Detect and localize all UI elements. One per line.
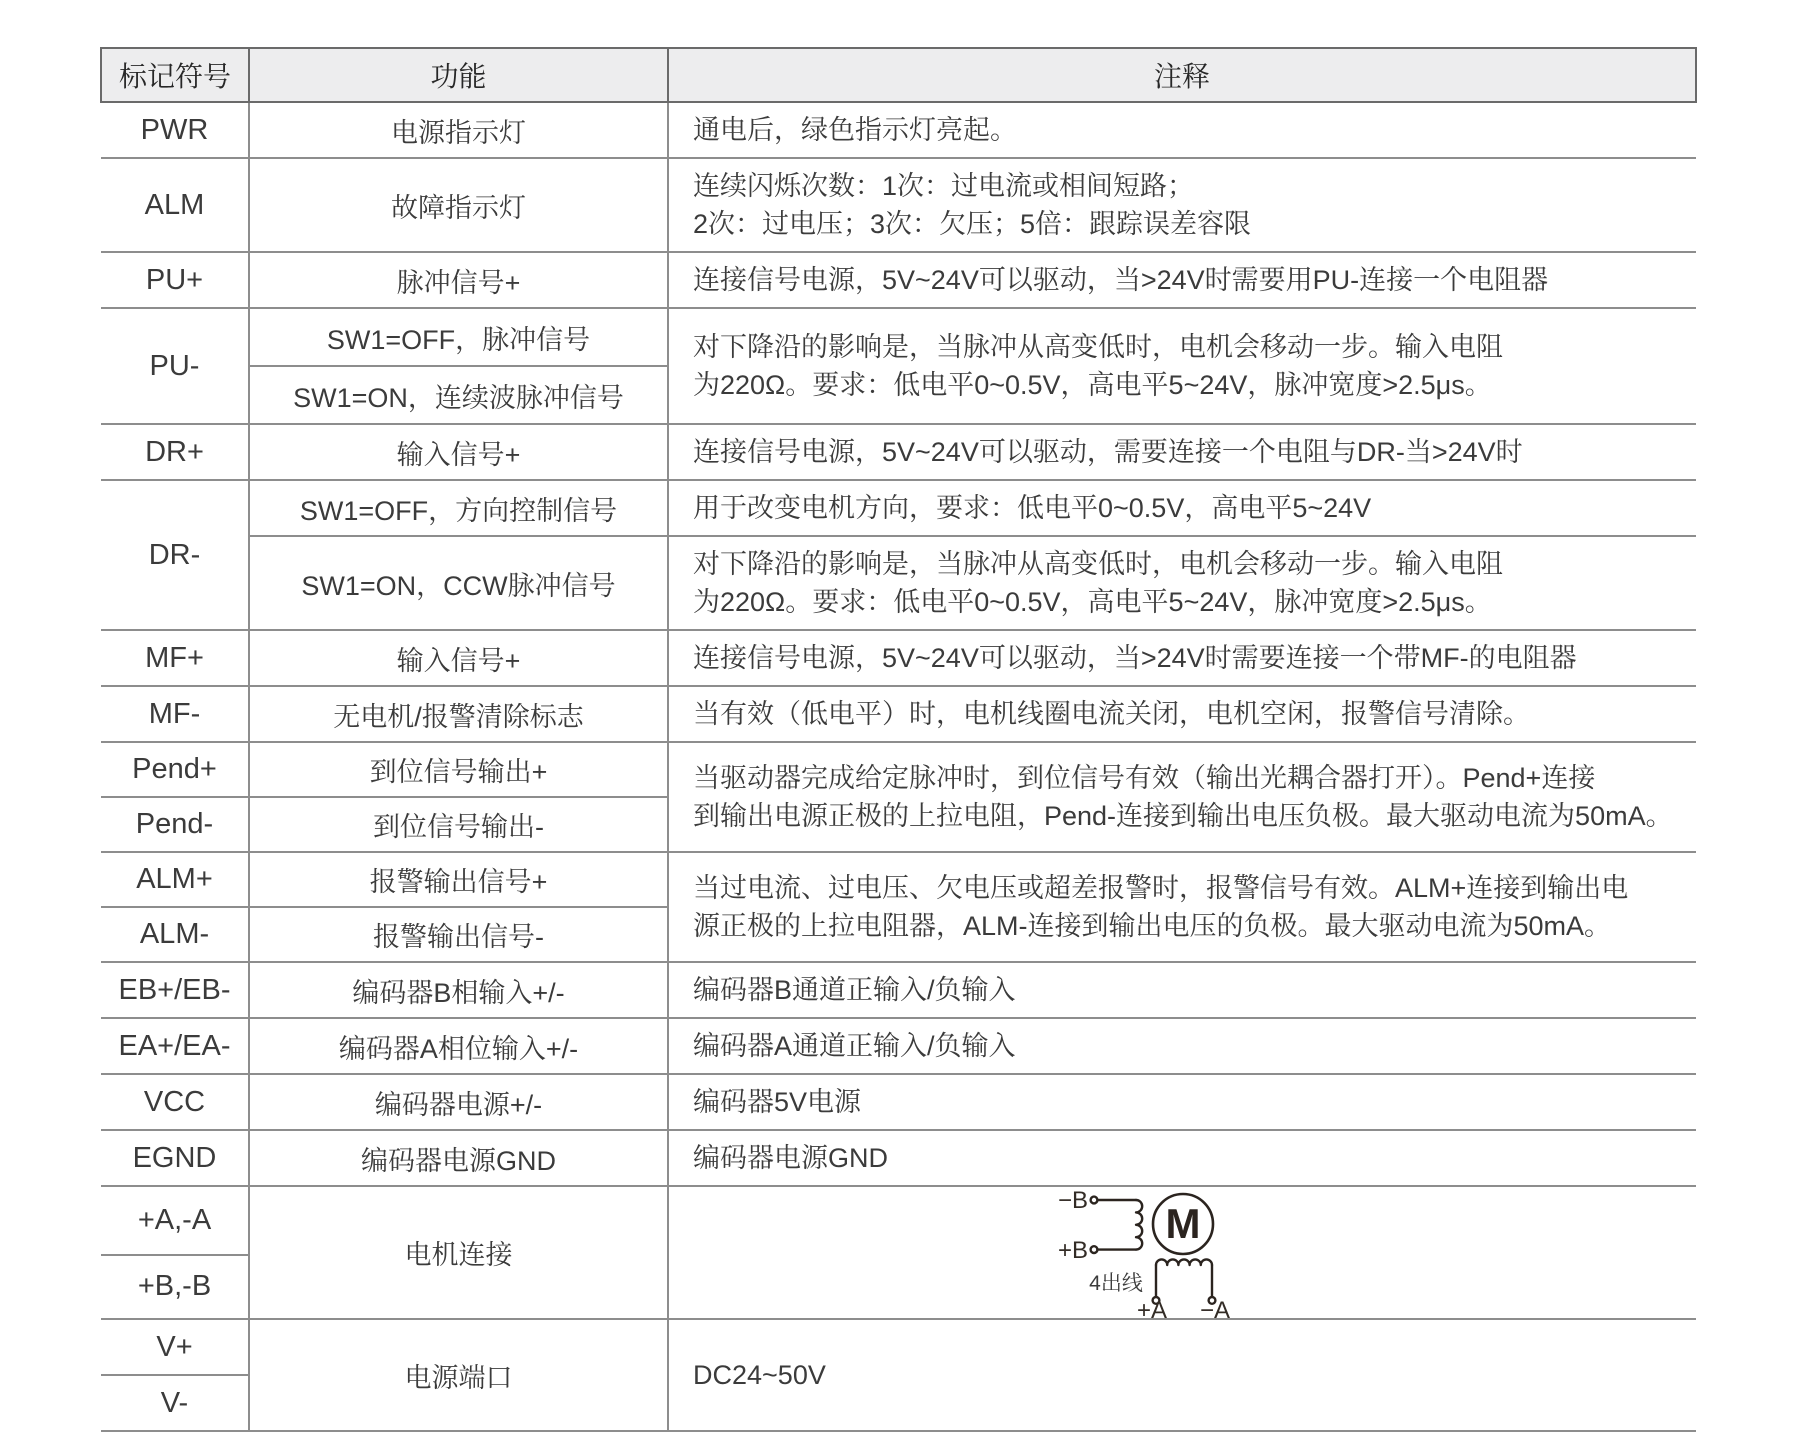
header-function: 功能 [249,48,668,102]
table-row: V+ 电源端口 DC24~50V [101,1319,1696,1375]
header-symbol: 标记符号 [101,48,249,102]
table-row: EB+/EB- 编码器B相输入+/- 编码器B通道正输入/负输入 [101,962,1696,1018]
dr-plus-function: 输入信号+ [249,424,668,480]
egnd-note: 编码器电源GND [668,1130,1696,1186]
eb-function: 编码器B相输入+/- [249,962,668,1018]
dr-minus-symbol: DR- [101,480,249,630]
motor-diagram-icon: M −B +B 4出线 +A −A [1028,1187,1338,1318]
table-row: SW1=ON，CCW脉冲信号 对下降沿的影响是，当脉冲从高变低时，电机会移动一步… [101,536,1696,630]
mf-plus-symbol: MF+ [101,630,249,686]
egnd-symbol: EGND [101,1130,249,1186]
terminal-label-b-plus: +B [1057,1237,1087,1264]
pin-description-table-wrap: 标记符号 功能 注释 PWR 电源指示灯 通电后，绿色指示灯亮起。 ALM 故障… [100,47,1695,1432]
ea-function: 编码器A相位输入+/- [249,1018,668,1074]
pin-description-table: 标记符号 功能 注释 PWR 电源指示灯 通电后，绿色指示灯亮起。 ALM 故障… [100,47,1697,1432]
table-row: MF+ 输入信号+ 连接信号电源，5V~24V可以驱动，当>24V时需要连接一个… [101,630,1696,686]
pu-minus-function-on: SW1=ON，连续波脉冲信号 [249,366,668,424]
mf-minus-symbol: MF- [101,686,249,742]
power-v-minus-symbol: V- [101,1375,249,1431]
table-row: PWR 电源指示灯 通电后，绿色指示灯亮起。 [101,102,1696,158]
motor-function: 电机连接 [249,1186,668,1319]
table-row: EA+/EA- 编码器A相位输入+/- 编码器A通道正输入/负输入 [101,1018,1696,1074]
vcc-function: 编码器电源+/- [249,1074,668,1130]
table-row: ALM+ 报警输出信号+ 当过电流、过电压、欠电压或超差报警时，报警信号有效。A… [101,852,1696,907]
dr-minus-note-on: 对下降沿的影响是，当脉冲从高变低时，电机会移动一步。输入电阻 为220Ω。要求：… [668,536,1696,630]
pend-minus-symbol: Pend- [101,797,249,852]
alm-out-plus-function: 报警输出信号+ [249,852,668,907]
alm-note: 连续闪烁次数：1次：过电流或相间短路； 2次：过电压；3次：欠压；5倍：跟踪误差… [668,158,1696,252]
motor-letter: M [1165,1200,1200,1247]
table-row: PU- SW1=OFF，脉冲信号 对下降沿的影响是，当脉冲从高变低时，电机会移动… [101,308,1696,366]
alm-symbol: ALM [101,158,249,252]
table-row: EGND 编码器电源GND 编码器电源GND [101,1130,1696,1186]
alm-out-plus-symbol: ALM+ [101,852,249,907]
ea-note: 编码器A通道正输入/负输入 [668,1018,1696,1074]
dr-plus-symbol: DR+ [101,424,249,480]
table-row: PU+ 脉冲信号+ 连接信号电源，5V~24V可以驱动，当>24V时需要用PU-… [101,252,1696,308]
mf-minus-note: 当有效（低电平）时，电机线圈电流关闭，电机空闲，报警信号清除。 [668,686,1696,742]
alm-function: 故障指示灯 [249,158,668,252]
pu-minus-note: 对下降沿的影响是，当脉冲从高变低时，电机会移动一步。输入电阻 为220Ω。要求：… [668,308,1696,424]
power-function: 电源端口 [249,1319,668,1431]
mf-minus-function: 无电机/报警清除标志 [249,686,668,742]
pu-plus-symbol: PU+ [101,252,249,308]
pend-note: 当驱动器完成给定脉冲时，到位信号有效（输出光耦合器打开）。Pend+连接 到输出… [668,742,1696,852]
vcc-symbol: VCC [101,1074,249,1130]
coil-a-icon [1156,1259,1212,1265]
table-row: Pend+ 到位信号输出+ 当驱动器完成给定脉冲时，到位信号有效（输出光耦合器打… [101,742,1696,797]
pu-plus-note: 连接信号电源，5V~24V可以驱动，当>24V时需要用PU-连接一个电阻器 [668,252,1696,308]
motor-diagram-cell: M −B +B 4出线 +A −A [668,1186,1696,1319]
coil-b-icon [1136,1200,1142,1250]
terminal-label-a-plus: +A [1136,1297,1166,1318]
header-notes: 注释 [668,48,1696,102]
header-row: 标记符号 功能 注释 [101,48,1696,102]
table-row: ALM 故障指示灯 连续闪烁次数：1次：过电流或相间短路； 2次：过电压；3次：… [101,158,1696,252]
table-row: +A,-A 电机连接 [101,1186,1696,1255]
alm-out-minus-function: 报警输出信号- [249,907,668,962]
alm-out-note: 当过电流、过电压、欠电压或超差报警时，报警信号有效。ALM+连接到输出电 源正极… [668,852,1696,962]
power-v-plus-symbol: V+ [101,1319,249,1375]
terminal-label-a-minus: −A [1199,1297,1229,1318]
alm-out-minus-symbol: ALM- [101,907,249,962]
dr-plus-note: 连接信号电源，5V~24V可以驱动，需要连接一个电阻与DR-当>24V时 [668,424,1696,480]
mf-plus-function: 输入信号+ [249,630,668,686]
pend-minus-function: 到位信号输出- [249,797,668,852]
pu-minus-function-off: SW1=OFF，脉冲信号 [249,308,668,366]
terminal-label-b-minus: −B [1057,1187,1087,1214]
pu-plus-function: 脉冲信号+ [249,252,668,308]
pwr-symbol: PWR [101,102,249,158]
pwr-note: 通电后，绿色指示灯亮起。 [668,102,1696,158]
table-row: DR- SW1=OFF，方向控制信号 用于改变电机方向，要求：低电平0~0.5V… [101,480,1696,536]
table-row: VCC 编码器电源+/- 编码器5V电源 [101,1074,1696,1130]
motor-a-symbol: +A,-A [101,1186,249,1255]
power-note: DC24~50V [668,1319,1696,1431]
dr-minus-function-off: SW1=OFF，方向控制信号 [249,480,668,536]
motor-b-symbol: +B,-B [101,1255,249,1319]
pend-plus-symbol: Pend+ [101,742,249,797]
pwr-function: 电源指示灯 [249,102,668,158]
dr-minus-function-on: SW1=ON，CCW脉冲信号 [249,536,668,630]
vcc-note: 编码器5V电源 [668,1074,1696,1130]
table-row: DR+ 输入信号+ 连接信号电源，5V~24V可以驱动，需要连接一个电阻与DR-… [101,424,1696,480]
eb-symbol: EB+/EB- [101,962,249,1018]
dr-minus-note-off: 用于改变电机方向，要求：低电平0~0.5V，高电平5~24V [668,480,1696,536]
mf-plus-note: 连接信号电源，5V~24V可以驱动，当>24V时需要连接一个带MF-的电阻器 [668,630,1696,686]
wires-count-label: 4出线 [1089,1272,1143,1295]
ea-symbol: EA+/EA- [101,1018,249,1074]
pend-plus-function: 到位信号输出+ [249,742,668,797]
egnd-function: 编码器电源GND [249,1130,668,1186]
table-row: MF- 无电机/报警清除标志 当有效（低电平）时，电机线圈电流关闭，电机空闲，报… [101,686,1696,742]
eb-note: 编码器B通道正输入/负输入 [668,962,1696,1018]
pu-minus-symbol: PU- [101,308,249,424]
